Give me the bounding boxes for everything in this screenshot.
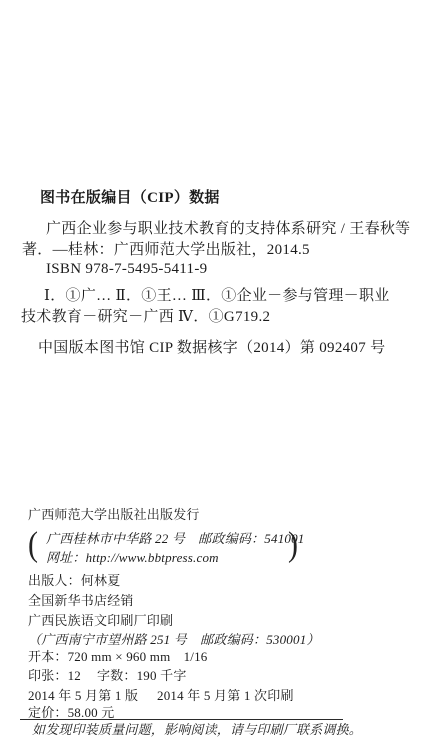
divider bbox=[20, 719, 343, 720]
cip-classification-line1: Ⅰ．①广… Ⅱ．①王… Ⅲ．①企业－参与管理－职业 bbox=[44, 287, 390, 306]
cip-title-line1: 广西企业参与职业技术教育的支持体系研究 / 王春秋等 bbox=[46, 220, 410, 239]
publisher-person: 出版人：何林夏 bbox=[28, 573, 120, 589]
publisher-address: 广西桂林市中华路 22 号 邮政编码：541001 bbox=[46, 531, 305, 547]
quality-note: 如发现印装质量问题，影响阅读，请与印刷厂联系调换。 bbox=[32, 722, 362, 737]
cip-classification-line2: 技术教育－研究－广西 Ⅳ．①G719.2 bbox=[21, 308, 270, 327]
publisher-website: 网址：http://www.bbtpress.com bbox=[46, 550, 219, 566]
cip-registry-number: 中国版本图书馆 CIP 数据核字（2014）第 092407 号 bbox=[38, 339, 385, 358]
paren-right-decoration: ) bbox=[288, 528, 298, 563]
format-line: 开本：720 mm × 960 mm 1/16 bbox=[28, 649, 208, 665]
publisher-line: 广西师范大学出版社出版发行 bbox=[28, 507, 200, 523]
printer-line: 广西民族语文印刷厂印刷 bbox=[28, 613, 173, 629]
isbn-number: ISBN 978-7-5495-5411-9 bbox=[46, 260, 207, 279]
cip-header: 图书在版编目（CIP）数据 bbox=[40, 189, 220, 208]
sheets-count: 印张：12 bbox=[28, 668, 81, 684]
distribution-line: 全国新华书店经销 bbox=[28, 593, 134, 609]
paren-left-decoration: ( bbox=[28, 528, 38, 563]
impression-line: 2014 年 5 月第 1 次印刷 bbox=[157, 688, 294, 704]
printer-address: （广西南宁市望州路 251 号 邮政编码：530001） bbox=[28, 632, 320, 648]
word-count: 字数：190 千字 bbox=[97, 668, 187, 684]
book-copyright-page: 图书在版编目（CIP）数据 广西企业参与职业技术教育的支持体系研究 / 王春秋等… bbox=[0, 0, 437, 737]
cip-title-line2: 著．—桂林：广西师范大学出版社，2014.5 bbox=[22, 241, 310, 260]
edition-line: 2014 年 5 月第 1 版 bbox=[28, 688, 138, 704]
